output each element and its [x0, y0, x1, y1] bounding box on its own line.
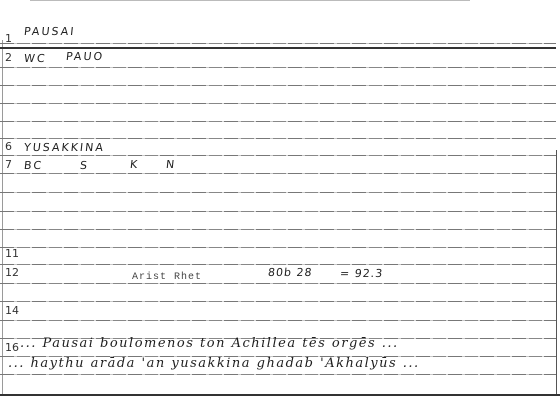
left-border	[2, 40, 3, 395]
ruled-line-thick	[0, 47, 556, 49]
ruled-line	[0, 43, 556, 44]
ruled-line	[0, 155, 556, 156]
line-number: 1	[5, 32, 12, 45]
top-edge	[30, 0, 470, 1]
ruled-line	[0, 138, 556, 139]
ruled-line	[0, 85, 556, 86]
arabic-equivalent: YUSAKKINA	[23, 141, 105, 154]
line-number: 14	[5, 304, 19, 317]
field-wc: WC	[23, 52, 47, 65]
ruled-line	[0, 229, 556, 230]
ruled-line	[0, 247, 556, 248]
ruled-line	[0, 211, 556, 212]
ruled-line	[0, 320, 556, 321]
line-number: 11	[5, 247, 19, 260]
translation-reference: = 92.3	[339, 267, 384, 280]
index-card: 1 PAUSAI 2 WC PAUO 6 YUSAKKINA 7 BC S K …	[0, 0, 560, 398]
field-bc: BC	[23, 159, 43, 172]
ruled-line	[0, 283, 556, 284]
right-border	[556, 150, 557, 395]
line-number: 16	[5, 341, 19, 354]
arabic-quote: ... haythu arāda 'an yusakkina ghadab 'A…	[8, 356, 420, 371]
greek-quote: ... Pausai boulomenos ton Achillea tēs o…	[20, 336, 399, 351]
line-number: 7	[5, 158, 12, 171]
ruled-line	[0, 173, 556, 174]
ruled-line	[0, 103, 556, 104]
bekker-reference: 80b 28	[267, 266, 313, 279]
bottom-border	[0, 394, 560, 396]
field-root: PAUO	[65, 50, 105, 63]
source-reference: Arist Rhet	[132, 272, 202, 283]
ruled-line	[0, 192, 556, 193]
headword: PAUSAI	[23, 25, 76, 38]
ruled-line	[0, 301, 556, 302]
ruled-line	[0, 121, 556, 122]
field-n: N	[165, 158, 177, 171]
field-k: K	[129, 158, 140, 171]
field-s: S	[79, 159, 89, 172]
ruled-line	[0, 374, 556, 375]
line-number: 6	[5, 140, 12, 153]
ruled-line	[0, 67, 556, 68]
line-number: 12	[5, 266, 19, 279]
ruled-line	[0, 264, 556, 265]
line-number: 2	[5, 51, 12, 64]
